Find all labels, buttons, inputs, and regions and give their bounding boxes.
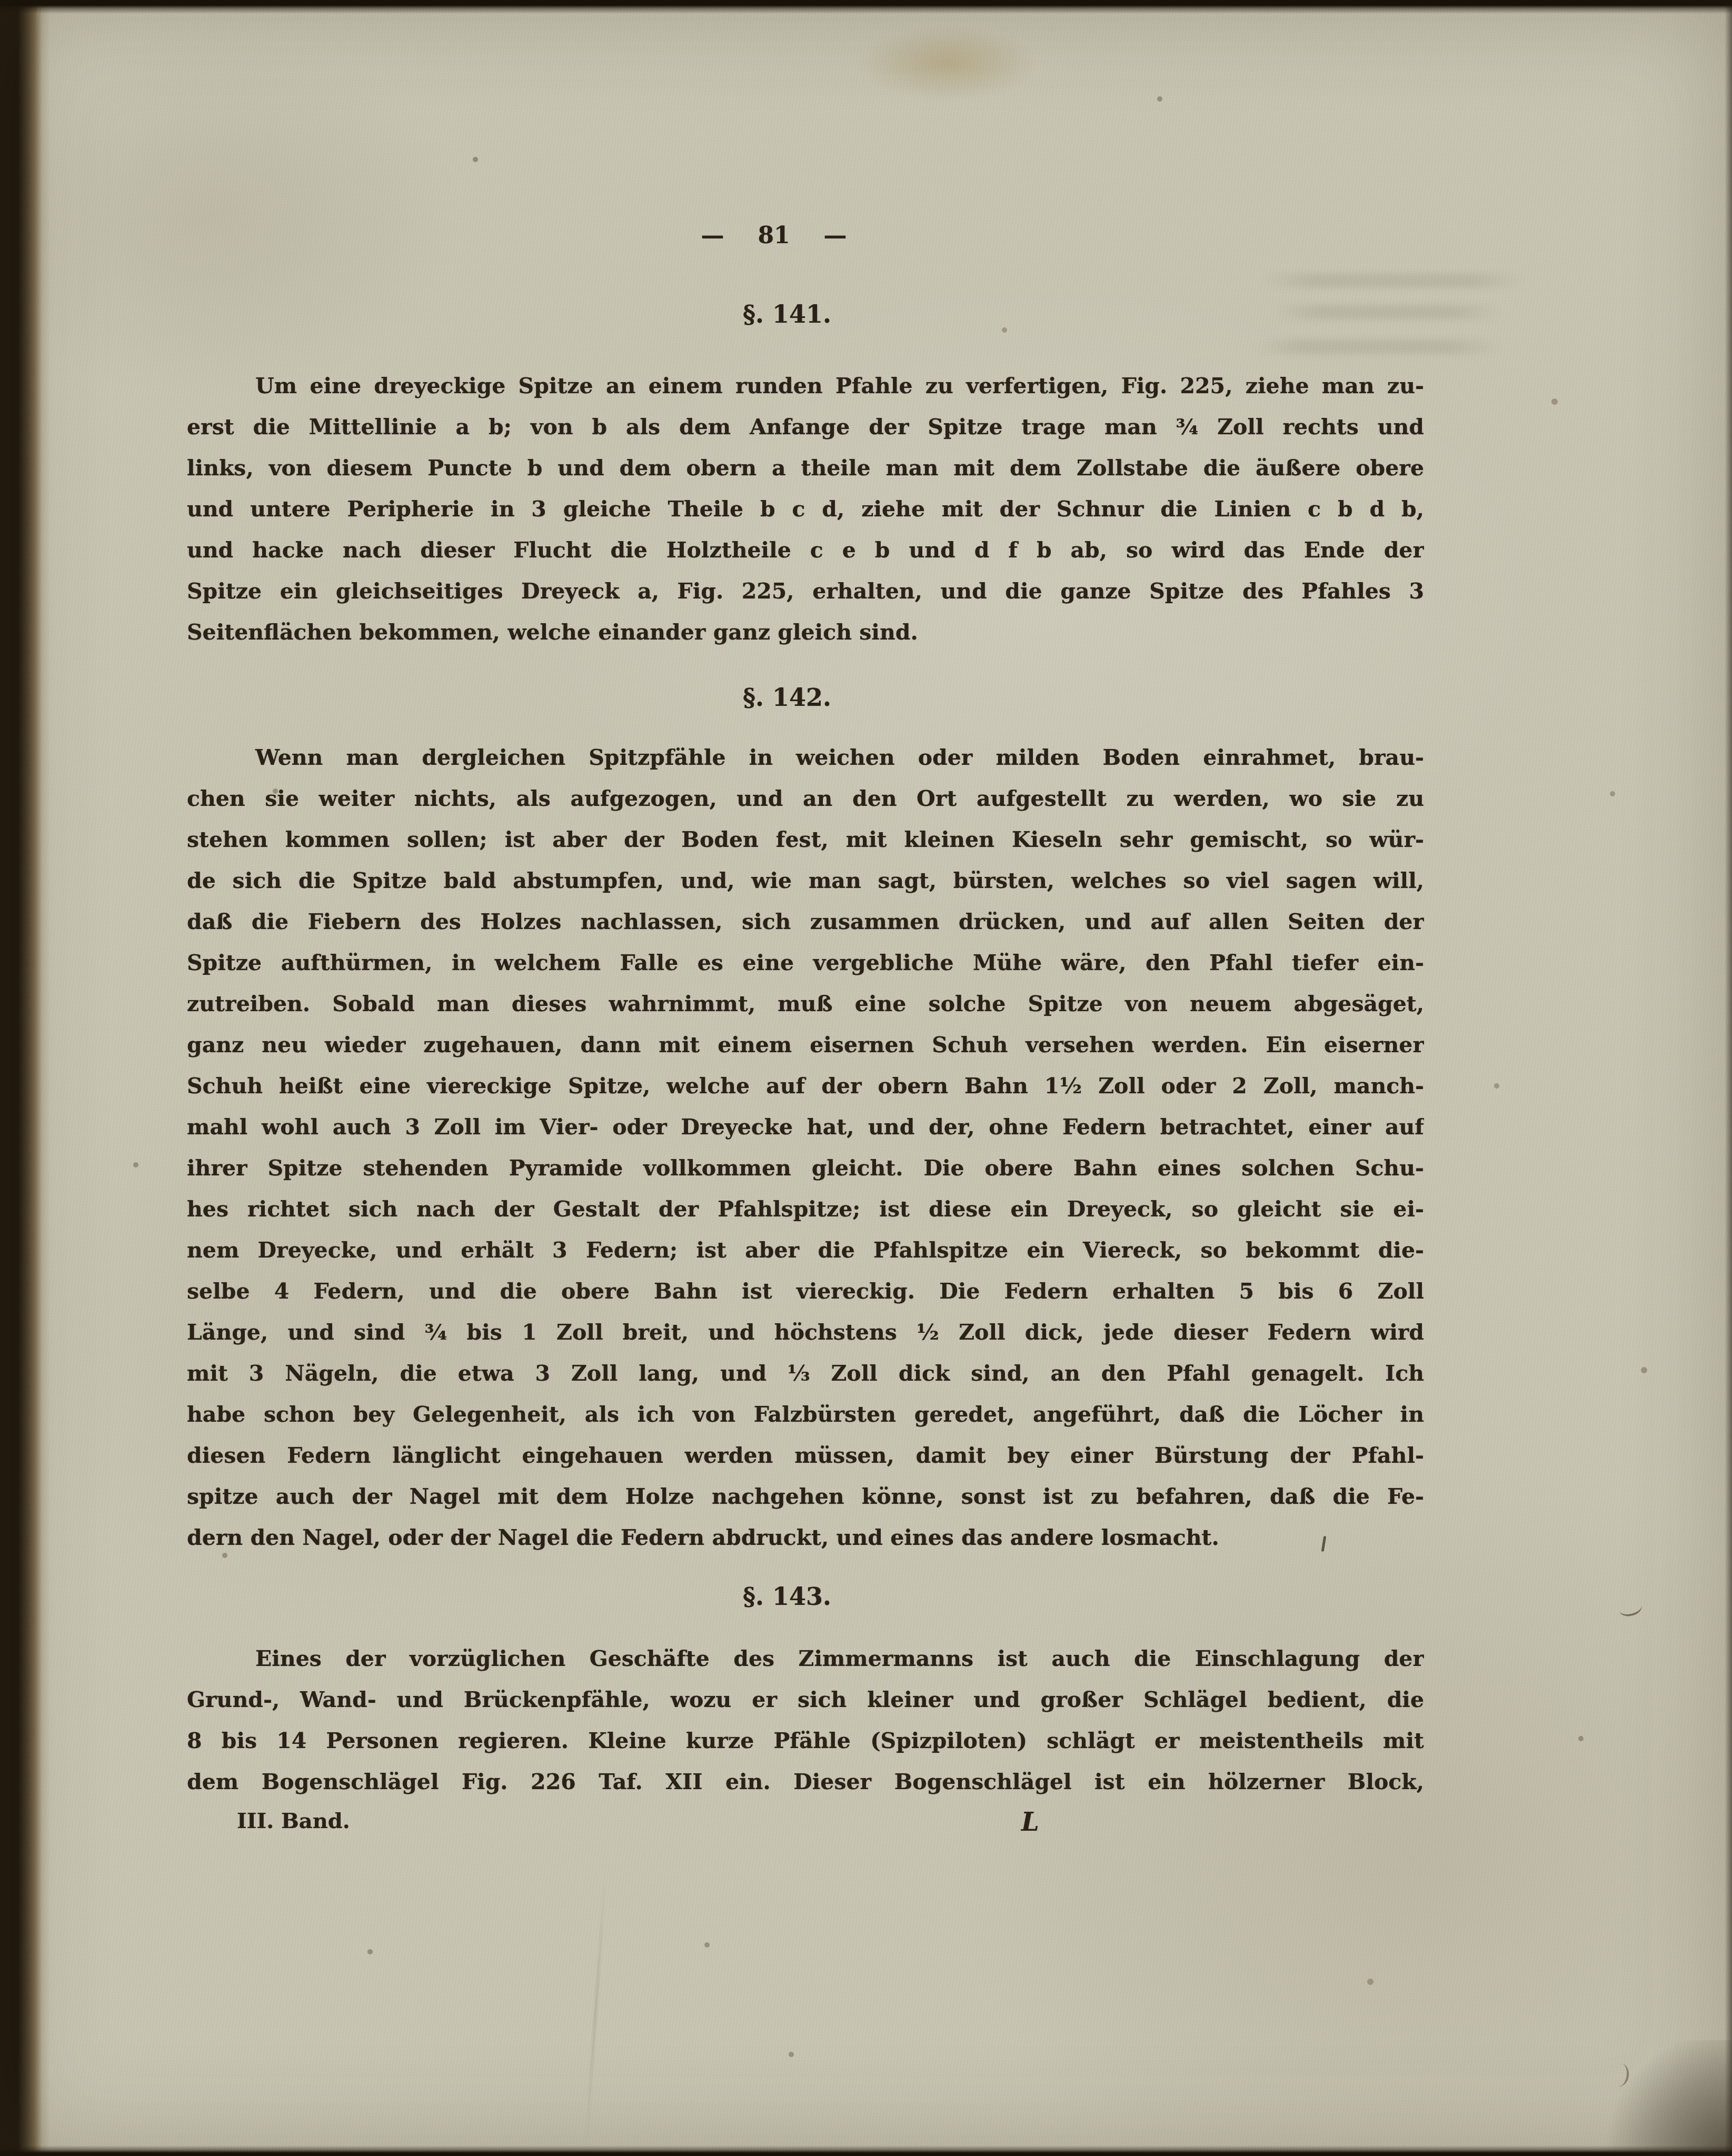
text-line: links, von diesem Puncte b und dem obern… xyxy=(187,447,1424,488)
text-line: Schuh heißt eine viereckige Spitze, welc… xyxy=(187,1065,1424,1106)
text-line: hes richtet sich nach der Gestalt der Pf… xyxy=(187,1189,1424,1230)
book-photo: — 81 — §. 141.Um eine dreyeckige Spitze … xyxy=(0,0,1732,2156)
header-dash-right: — xyxy=(824,220,847,252)
text-line: Länge, und sind ¾ bis 1 Zoll breit, und … xyxy=(187,1312,1424,1353)
page-curl-shadow xyxy=(1585,2040,1732,2156)
text-line: erst die Mittellinie a b; von b als dem … xyxy=(187,406,1424,447)
text-line: und hacke nach dieser Flucht die Holzthe… xyxy=(187,530,1424,571)
text-line: diesen Federn länglicht eingehauen werde… xyxy=(187,1435,1424,1476)
text-line: Spitze aufthürmen, in welchem Falle es e… xyxy=(187,942,1424,983)
section-142: §. 142.Wenn man dergleichen Spitzpfähle … xyxy=(187,683,1424,712)
text-line: spitze auch der Nagel mit dem Holze nach… xyxy=(187,1476,1424,1517)
text-line: Grund-, Wand- und Brückenpfähle, wozu er… xyxy=(187,1679,1424,1720)
section-heading: §. 142. xyxy=(168,683,1406,712)
text-line: dem Bogenschlägel Fig. 226 Taf. XII ein.… xyxy=(187,1761,1424,1802)
text-line: Seitenflächen bekommen, welche einander … xyxy=(187,612,1424,653)
section-141: §. 141.Um eine dreyeckige Spitze an eine… xyxy=(187,300,1424,328)
text-line: ganz neu wieder zugehauen, dann mit eine… xyxy=(187,1024,1424,1065)
text-block: — 81 — §. 141.Um eine dreyeckige Spitze … xyxy=(187,0,1424,2156)
paragraph: Eines der vorzüglichen Geschäfte des Zim… xyxy=(187,1638,1424,1802)
text-line: selbe 4 Federn, und die obere Bahn ist v… xyxy=(187,1271,1424,1312)
page-number: 81 xyxy=(758,220,790,252)
text-line: zutreiben. Sobald man dieses wahrnimmt, … xyxy=(187,983,1424,1024)
text-line: Spitze ein gleichseitiges Dreyeck a, Fig… xyxy=(187,571,1424,612)
text-line: habe schon bey Gelegenheit, als ich von … xyxy=(187,1394,1424,1435)
signature-mark: L xyxy=(1021,1806,1039,1838)
text-line: stehen kommen sollen; ist aber der Boden… xyxy=(187,819,1424,860)
text-line: dern den Nagel, oder der Nagel die Feder… xyxy=(187,1517,1424,1558)
book-page: — 81 — §. 141.Um eine dreyeckige Spitze … xyxy=(0,0,1732,2156)
header-dash-left: — xyxy=(701,220,724,252)
paragraph: Wenn man dergleichen Spitzpfähle in weic… xyxy=(187,737,1424,1558)
text-line: 8 bis 14 Personen regieren. Kleine kurze… xyxy=(187,1720,1424,1761)
text-line: de sich die Spitze bald abstumpfen, und,… xyxy=(187,860,1424,901)
section-heading: §. 141. xyxy=(168,300,1406,328)
photo-edge-bottom xyxy=(0,2145,1732,2156)
text-line: mahl wohl auch 3 Zoll im Vier- oder Drey… xyxy=(187,1106,1424,1147)
paragraph: Um eine dreyeckige Spitze an einem runde… xyxy=(187,365,1424,653)
photo-edge-right xyxy=(1725,0,1732,2156)
text-line: mit 3 Nägeln, die etwa 3 Zoll lang, und … xyxy=(187,1353,1424,1394)
section-143: §. 143.Eines der vorzüglichen Geschäfte … xyxy=(187,1582,1424,1611)
stray-pen-mark xyxy=(1617,1598,1644,1619)
page-header: — 81 — xyxy=(155,220,1392,252)
book-spine-shadow xyxy=(0,0,50,2156)
text-line: ihrer Spitze stehenden Pyramide vollkomm… xyxy=(187,1147,1424,1189)
text-line: Um eine dreyeckige Spitze an einem runde… xyxy=(187,365,1424,406)
text-line: Wenn man dergleichen Spitzpfähle in weic… xyxy=(187,737,1424,778)
volume-label: III. Band. xyxy=(237,1805,350,1837)
text-line: und untere Peripherie in 3 gleiche Theil… xyxy=(187,488,1424,530)
text-line: daß die Fiebern des Holzes nachlassen, s… xyxy=(187,901,1424,942)
text-line: nem Dreyecke, und erhält 3 Federn; ist a… xyxy=(187,1230,1424,1271)
text-line: Eines der vorzüglichen Geschäfte des Zim… xyxy=(187,1638,1424,1679)
section-heading: §. 143. xyxy=(168,1582,1406,1611)
text-line: chen sie weiter nichts, als aufgezogen, … xyxy=(187,778,1424,819)
photo-edge-top xyxy=(0,0,1732,14)
